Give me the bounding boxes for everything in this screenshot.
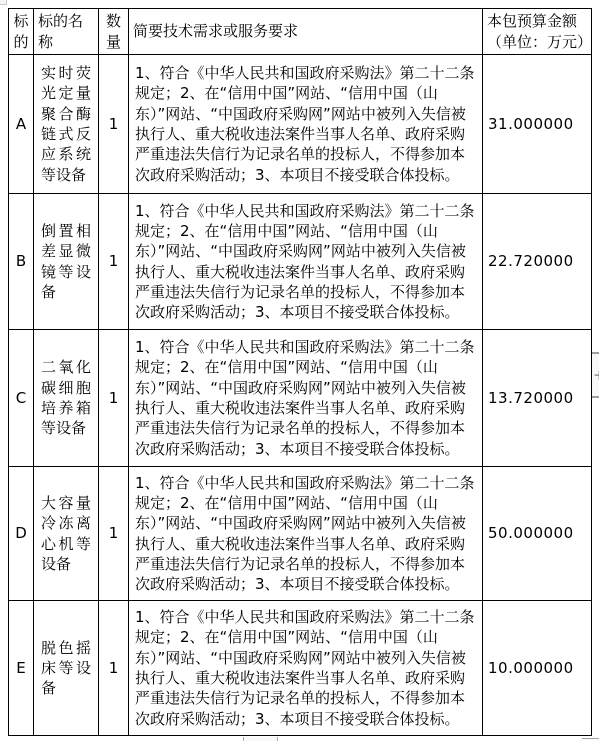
quantity-cell: 1 [99,601,129,736]
budget-cell: 50.000000 [483,467,592,601]
table-row: C 二氧化碳细胞培养箱等设备 1 1、符合《中华人民共和国政府采购法》第二十二条… [9,330,592,467]
lot-id-cell: E [9,601,34,736]
clipped-ui-fragment-top-left [0,0,7,5]
lot-name-cell: 实时荧光定量聚合酶链式反应系统等设备 [34,55,99,194]
lot-id-cell: A [9,55,34,194]
plus-icon: + [593,368,599,383]
requirements-cell: 1、符合《中华人民共和国政府采购法》第二十二条规定；2、在“信用中国”网站、“信… [129,601,483,736]
quantity-cell: 1 [99,55,129,194]
requirements-cell: 1、符合《中华人民共和国政府采购法》第二十二条规定；2、在“信用中国”网站、“信… [129,194,483,330]
lot-name-cell: 脱色摇床等设备 [34,601,99,736]
lot-name-cell: 倒置相差显微镜等设备 [34,194,99,330]
table-row: E 脱色摇床等设备 1 1、符合《中华人民共和国政府采购法》第二十二条规定；2、… [9,601,592,736]
header-lot: 标的 [9,9,34,55]
budget-cell: 22.720000 [483,194,592,330]
budget-cell: 13.720000 [483,330,592,467]
clipped-ui-fragment-bottom-center [243,737,278,741]
lot-name-cell: 大容量冷冻离心机等设备 [34,467,99,601]
table-row: A 实时荧光定量聚合酶链式反应系统等设备 1 1、符合《中华人民共和国政府采购法… [9,55,592,194]
quantity-cell: 1 [99,467,129,601]
lot-id-cell: D [9,467,34,601]
requirements-cell: 1、符合《中华人民共和国政府采购法》第二十二条规定；2、在“信用中国”网站、“信… [129,330,483,467]
budget-cell: 31.000000 [483,55,592,194]
lot-id-cell: B [9,194,34,330]
table-row: D 大容量冷冻离心机等设备 1 1、符合《中华人民共和国政府采购法》第二十二条规… [9,467,592,601]
table-row: B 倒置相差显微镜等设备 1 1、符合《中华人民共和国政府采购法》第二十二条规定… [9,194,592,330]
header-budget: 本包预算金额（单位：万元） [483,9,592,55]
add-button-clipped[interactable]: + [592,352,599,398]
table-header-row: 标的 标的名称 数量 简要技术需求或服务要求 本包预算金额（单位：万元） [9,9,592,55]
lot-id-cell: C [9,330,34,467]
requirements-cell: 1、符合《中华人民共和国政府采购法》第二十二条规定；2、在“信用中国”网站、“信… [129,55,483,194]
quantity-cell: 1 [99,330,129,467]
quantity-cell: 1 [99,194,129,330]
header-quantity: 数量 [99,9,129,55]
lot-name-cell: 二氧化碳细胞培养箱等设备 [34,330,99,467]
header-requirements: 简要技术需求或服务要求 [129,9,483,55]
requirements-cell: 1、符合《中华人民共和国政府采购法》第二十二条规定；2、在“信用中国”网站、“信… [129,467,483,601]
procurement-lots-table: 标的 标的名称 数量 简要技术需求或服务要求 本包预算金额（单位：万元） A 实… [8,8,592,736]
header-lot-name: 标的名称 [34,9,99,55]
budget-cell: 10.000000 [483,601,592,736]
